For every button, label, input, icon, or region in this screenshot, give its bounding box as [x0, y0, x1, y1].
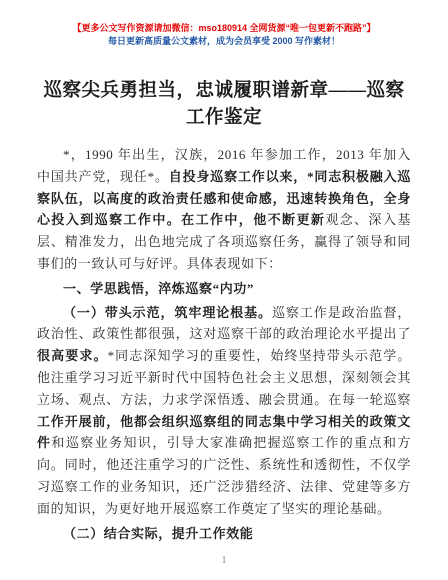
promo-header-blue-line: 每日更新高质量公文素材，成为会员享受 2000 写作素材！ — [37, 35, 411, 48]
paragraph-section-1-1: （一）带头示范，筑牢理论根基。巡察工作是政治监督，政治性、政策性都很强，这对巡察… — [37, 302, 411, 520]
paragraph-intro: *，1990 年出生，汉族，2016 年参加工作，2013 年加入中国共产党，现… — [37, 144, 411, 275]
document-body: *，1990 年出生，汉族，2016 年参加工作，2013 年加入中国共产党，现… — [37, 144, 411, 544]
document-title: 巡察尖兵勇担当，忠诚履职谱新章——巡察工作鉴定 — [37, 78, 411, 132]
promo-header-red-line: 【更多公文写作资源请加微信：mso180914 全网货源“唯一包更新不跑路”】 — [37, 22, 411, 35]
s11-segment-6: 和巡察业务知识，引导大家准确把握巡察工作的重点和方向。同时，他还注重学习的广泛性… — [37, 435, 411, 515]
document-page: 【更多公文写作资源请加微信：mso180914 全网货源“唯一包更新不跑路”】 … — [0, 0, 448, 580]
section-heading-2: （二）结合实际，提升工作效能 — [37, 523, 411, 545]
s11-lead-bold: （一）带头示范，筑牢理论根基。 — [63, 305, 272, 320]
s11-segment-3-bold: 很高要求。 — [37, 348, 108, 363]
section-heading-1: 一、学思践悟，淬炼巡察“内功” — [37, 278, 411, 300]
page-number: 1 — [0, 555, 448, 566]
